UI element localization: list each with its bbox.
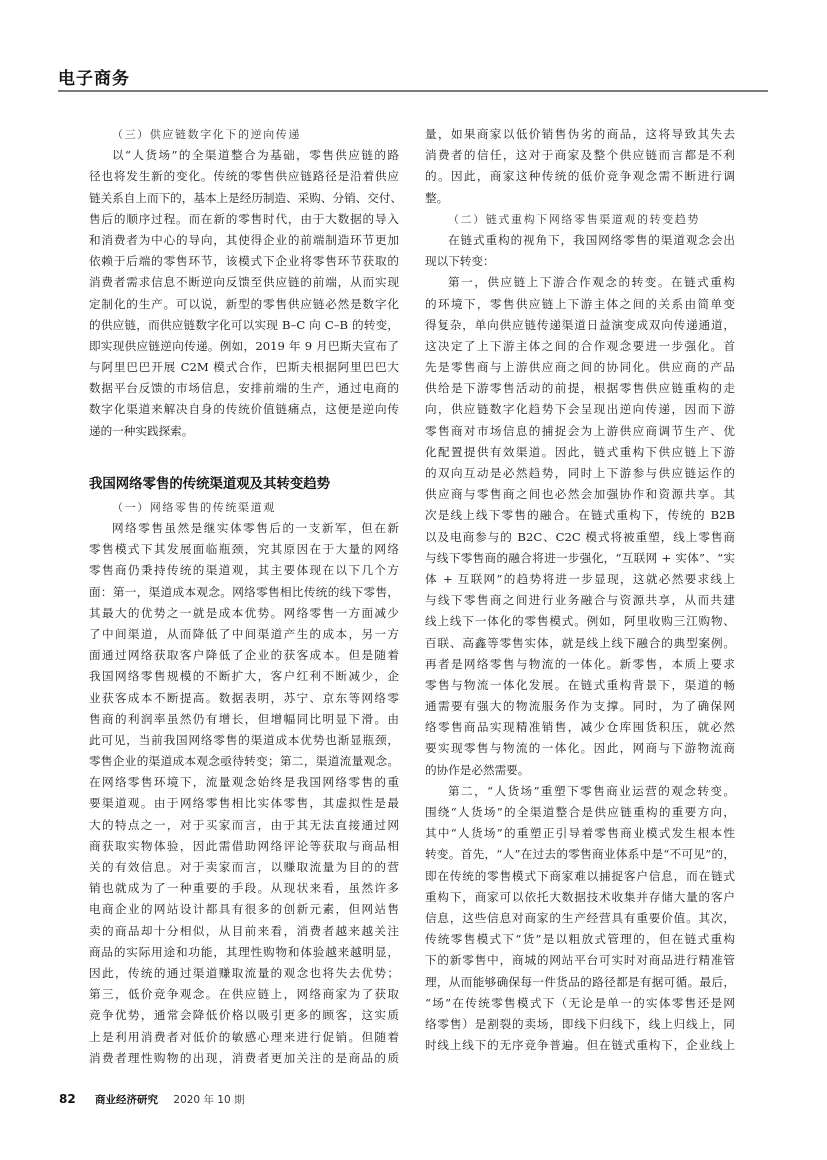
- left-column: （三）供应链数字化下的逆向传递 以“人货场”的全渠道整合为基础，零售供应链的路 …: [89, 124, 399, 1069]
- text-line: 零售企业的渠道成本观念亟待转变；第二，渠道流量观念。: [89, 751, 399, 772]
- text-line: 向，供应链数字化趋势下会呈现出逆向传递，因而下游: [425, 399, 735, 420]
- text-line: 整。: [425, 188, 735, 209]
- page-footer: 82 商业经济研究 2020 年 10 期: [59, 1092, 245, 1107]
- text-line: 络零售商品实现精准销售，减少仓库囤货积压，就必然: [425, 717, 735, 738]
- text-line: 传统零售模式下“货”是以粗放式管理的，但在链式重构: [425, 929, 735, 950]
- text-line: 关的有效信息。对于卖家而言，以赚取流量为目的的营: [89, 857, 399, 878]
- paragraph-first-shift: 第一，供应链上下游合作观念的转变。在链式重构 的环境下，零售供应链上下游主体之间…: [425, 272, 735, 781]
- text-line: 和消费者为中心的导向，其使得企业的前端制造环节更加: [89, 230, 399, 251]
- text-line: 的协作是必然需要。: [425, 760, 735, 781]
- text-line: 商品的实际用途和功能，其理性购物和体验越来越明显，: [89, 942, 399, 963]
- text-line: 重构下，商家可以依托大数据技术收集并存储大量的客户: [425, 887, 735, 908]
- header-divider: [58, 90, 768, 92]
- text-line: 递的一种实践探索。: [89, 421, 399, 442]
- text-line: 因此，传统的通过渠道赚取流量的观念也将失去优势；: [89, 963, 399, 984]
- text-line: 零售模式下其发展面临瓶颈，究其原因在于大量的网络: [89, 539, 399, 560]
- text-line: 要渠道观。由于网络零售相比实体零售，其虚拟性是最: [89, 793, 399, 814]
- text-line: 此可见，当前我国网络零售的渠道成本优势也渐显瓶颈，: [89, 730, 399, 751]
- text-line: 卖的商品却十分相似，从目前来看，消费者越来越关注: [89, 921, 399, 942]
- text-line: 数据平台反馈的市场信息，安排前端的生产，通过电商的: [89, 378, 399, 399]
- spacer: [89, 463, 399, 473]
- text-line: 信息，这些信息对商家的生产经营具有重要价值。其次，: [425, 908, 735, 929]
- text-line: 销也就成为了一种重要的手段。从现状来看，虽然许多: [89, 878, 399, 899]
- subsection-heading-3: （三）供应链数字化下的逆向传递: [89, 124, 399, 145]
- text-line: 零售商对市场信息的捕捉会为上游供应商调节生产、优: [425, 421, 735, 442]
- text-line: 其最大的优势之一就是成本优势。网络零售一方面减少: [89, 603, 399, 624]
- section-category-title: 电子商务: [58, 64, 130, 89]
- text-line: 了中间渠道，从而降低了中间渠道产生的成本，另一方: [89, 624, 399, 645]
- text-line: 我国网络零售规模的不断扩大，客户红利不断减少，企: [89, 666, 399, 687]
- issue-label: 2020 年 10 期: [173, 1094, 244, 1106]
- text-line: 量，如果商家以低价销售伪劣的商品，这将导致其失去: [425, 124, 735, 145]
- text-line: 第三，低价竞争观念。在供应链上，网络商家为了获取: [89, 984, 399, 1005]
- paragraph-intro: 在链式重构的视角下，我国网络零售的渠道观念会出 现以下转变：: [425, 230, 735, 272]
- text-line: 与线下零售商之间进行业务融合与资源共享，从而共建: [425, 590, 735, 611]
- text-line: 业获客成本不断提高。数据表明，苏宁、京东等网络零: [89, 688, 399, 709]
- paragraph-second-shift: 第二，“人货场”重塑下零售商业运营的观念转变。 围绕“人货场”的全渠道整合是供应…: [425, 781, 735, 1056]
- text-line: 第一，供应链上下游合作观念的转变。在链式重构: [425, 272, 735, 293]
- text-line: 转变。首先，“人”在过去的零售商业体系中是“不可见”的，: [425, 844, 735, 865]
- text-line: 通需要有强大的物流服务作为支撑。同时，为了确保网: [425, 696, 735, 717]
- text-line: 消费者需求信息不断逆向反馈至供应链的前端，从而实现: [89, 272, 399, 293]
- text-line: 供给是下游零售活动的前提，根据零售供应链重构的走: [425, 378, 735, 399]
- text-line: 电商企业的网站设计都具有很多的创新元素，但网站售: [89, 899, 399, 920]
- paragraph-low-price-continued: 量，如果商家以低价销售伪劣的商品，这将导致其失去 消费者的信任，这对于商家及整个…: [425, 124, 735, 209]
- text-line: 在网络零售环境下，流量观念始终是我国网络零售的重: [89, 772, 399, 793]
- text-line: 现以下转变：: [425, 251, 735, 272]
- paragraph-traditional-channel-view: 网络零售虽然是继实体零售后的一支新军，但在新 零售模式下其发展面临瓶颈，究其原因…: [89, 518, 399, 1069]
- text-line: 的。因此，商家这种传统的低价竞争观念需不断进行调: [425, 166, 735, 187]
- text-line: 消费者的信任，这对于商家及整个供应链而言都是不利: [425, 145, 735, 166]
- text-line: 面：第一，渠道成本观念。网络零售相比传统的线下零售，: [89, 582, 399, 603]
- text-line: 以“人货场”的全渠道整合为基础，零售供应链的路: [89, 145, 399, 166]
- text-line: 商获取实物体验，因此需借助网络评论等获取与商品相: [89, 836, 399, 857]
- text-line: 第二，“人货场”重塑下零售商业运营的观念转变。: [425, 781, 735, 802]
- text-line: 依赖于后端的零售环节，该模式下企业将零售环节获取的: [89, 251, 399, 272]
- text-line: 次是线上线下零售的融合。在链式重构下，传统的 B2B: [425, 505, 735, 526]
- text-line: 络零售）是割裂的卖场，即线下归线下，线上归线上，同: [425, 1014, 735, 1035]
- section-heading: 我国网络零售的传统渠道观及其转变趋势: [89, 473, 399, 497]
- text-line: 理，从而能够确保每一件货品的路径都是有据可循。最后，: [425, 972, 735, 993]
- text-line: 下的新零售中，商城的网站平台可实时对商品进行精准管: [425, 950, 735, 971]
- text-line: 数字化渠道来解决自身的传统价值链痛点，这便是逆向传: [89, 399, 399, 420]
- text-line: 链关系自上而下的，基本上是经历制造、采购、分销、交付、: [89, 188, 399, 209]
- text-line: 线上线下一体化的零售模式。例如，阿里收购三江购物、: [425, 611, 735, 632]
- text-line: 即在传统的零售模式下商家难以捕捉客户信息，而在链式: [425, 866, 735, 887]
- text-line: 消费者理性购物的出现，消费者更加关注的是商品的质: [89, 1048, 399, 1069]
- text-line: 先是零售商与上游供应商之间的协同化。供应商的产品: [425, 357, 735, 378]
- text-line: 定制化的生产。可以说，新型的零售供应链必然是数字化: [89, 294, 399, 315]
- text-line: 与线下零售商的融合将进一步强化，“互联网 + 实体”、“实: [425, 548, 735, 569]
- text-line: 面通过网络获取客户降低了企业的获客成本。但是随着: [89, 645, 399, 666]
- subsection-heading-2: （二）链式重构下网络零售渠道观的转变趋势: [425, 209, 735, 230]
- text-line: 以及电商参与的 B2C、C2C 模式将被重塑，线上零售商: [425, 527, 735, 548]
- spacer: [89, 442, 399, 463]
- text-line: 再者是网络零售与物流的一体化。新零售，本质上要求: [425, 654, 735, 675]
- text-line: 零售商仍秉持传统的渠道观，其主要体现在以下几个方: [89, 560, 399, 581]
- text-line: 的供应链，而供应链数字化可以实现 B–C 向 C–B 的转变，: [89, 315, 399, 336]
- text-line: 网络零售虽然是继实体零售后的一支新军，但在新: [89, 518, 399, 539]
- text-line: 售后的顺序过程。而在新的零售时代，由于大数据的导入: [89, 209, 399, 230]
- text-line: 化配置提供有效渠道。因此，链式重构下供应链上下游: [425, 442, 735, 463]
- text-line: 径也将发生新的变化。传统的零售供应链路径是沿着供应: [89, 166, 399, 187]
- text-line: 竞争优势，通常会降低价格以吸引更多的顾客，这实质: [89, 1005, 399, 1026]
- paragraph-reverse-transmission: 以“人货场”的全渠道整合为基础，零售供应链的路 径也将发生新的变化。传统的零售供…: [89, 145, 399, 442]
- page-number: 82: [59, 1092, 76, 1106]
- text-line: 围绕“人货场”的全渠道整合是供应链重构的重要方向，: [425, 802, 735, 823]
- text-line: 要实现零售与物流的一体化。因此，网商与下游物流商: [425, 738, 735, 759]
- text-line: 的双向互动是必然趋势，同时上下游参与供应链运作的: [425, 463, 735, 484]
- text-line: 售商的利润率虽然仍有增长，但增幅同比明显下滑。由: [89, 709, 399, 730]
- text-line: 百联、高鑫等零售实体，就是线上线下融合的典型案例。: [425, 633, 735, 654]
- text-line: 得复杂，单向供应链传递渠道日益演变成双向传递通道，: [425, 315, 735, 336]
- text-line: “场”在传统零售模式下（无论是单一的实体零售还是网: [425, 993, 735, 1014]
- text-line: 其中“人货场”的重塑正引导着零售商业模式发生根本性: [425, 823, 735, 844]
- journal-name: 商业经济研究: [95, 1094, 158, 1106]
- text-line: 体 + 互联网”的趋势将进一步显现，这就必然要求线上: [425, 569, 735, 590]
- text-line: 大的特点之一，对于买家而言，由于其无法直接通过网: [89, 815, 399, 836]
- text-line: 即实现供应链逆向传递。例如，2019 年 9 月巴斯夫宣布了: [89, 336, 399, 357]
- text-line: 的环境下，零售供应链上下游主体之间的关系由简单变: [425, 294, 735, 315]
- text-line: 在链式重构的视角下，我国网络零售的渠道观念会出: [425, 230, 735, 251]
- text-line: 时线上线下的无序竞争普遍。但在链式重构下，企业线上: [425, 1035, 735, 1056]
- text-line: 零售与物流一体化发展。在链式重构背景下，渠道的畅: [425, 675, 735, 696]
- text-line: 上是利用消费者对低价的敏感心理来进行促销。但随着: [89, 1027, 399, 1048]
- text-line: 这决定了上下游主体之间的合作观念要进一步强化。首: [425, 336, 735, 357]
- text-line: 供应商与零售商之间也必然会加强协作和资源共享。其: [425, 484, 735, 505]
- subsection-heading-1: （一）网络零售的传统渠道观: [89, 497, 399, 518]
- text-line: 与阿里巴巴开展 C2M 模式合作，巴斯夫根据阿里巴巴大: [89, 357, 399, 378]
- right-column: 量，如果商家以低价销售伪劣的商品，这将导致其失去 消费者的信任，这对于商家及整个…: [425, 124, 735, 1056]
